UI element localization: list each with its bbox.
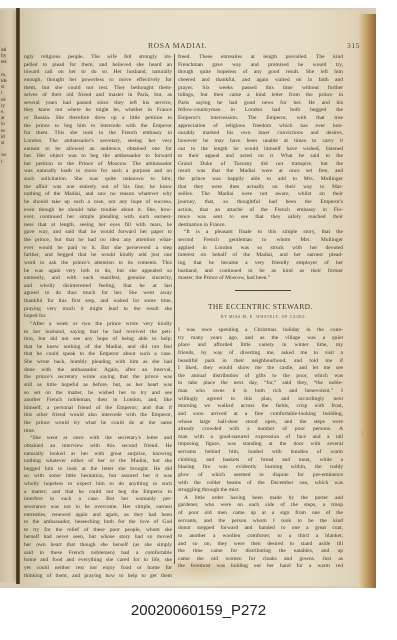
- text-line: “It is a pleasant finale to this simple …: [178, 229, 343, 237]
- text-line: and so on; they were then desired to sta…: [178, 541, 343, 549]
- text-line: gardener, who were on each side of the s…: [178, 502, 343, 510]
- text-line: them, but she could not rest. They betho…: [24, 85, 172, 93]
- text-line: wholly hopeless to expect him to do anyt…: [24, 481, 172, 489]
- text-line: She wrote back, humbly pleading with him…: [24, 359, 172, 367]
- image-caption: 20020060159_P272: [0, 602, 397, 619]
- text-line: enough, thought her powerless to move ef…: [24, 77, 172, 85]
- text-line: even though he should take trouble about…: [24, 207, 172, 215]
- text-line: to take place the next day, “for,” said …: [178, 380, 343, 388]
- text-line: that he could speak to the Emperor about…: [24, 351, 172, 359]
- text-line: journey, that, so thoughtful had been th…: [178, 199, 343, 207]
- text-line: interest on behalf of the Madiai, and he…: [178, 252, 343, 260]
- text-line: rence was sent to see that they safely r…: [178, 214, 343, 222]
- text-line: selves of their old friend and master in…: [24, 92, 172, 100]
- text-line: “After a week or two the prince wrote ve…: [24, 321, 172, 329]
- text-line: “She went at once with the secretary's l…: [24, 435, 172, 443]
- text-line: to her husband, saying that he had recei…: [24, 329, 172, 337]
- text-line: the prince's secretary wrote saying that…: [24, 374, 172, 382]
- text-line: though quite hopeless of any good result…: [178, 69, 343, 77]
- text-line: I was once spending a Christmas holiday …: [178, 327, 343, 335]
- page-edges: [358, 14, 376, 588]
- text-line: agreed to do thus much for her. She went…: [24, 290, 172, 298]
- text-line: master, the Prince of Moscow, had been.”: [178, 275, 343, 283]
- text-line: her. Her object was to beg the ambassado…: [24, 153, 172, 161]
- text-line: obtained an interview with this second f…: [24, 443, 172, 451]
- text-line: thankful for this first step, and waited…: [24, 298, 172, 306]
- text-line: that he knew nothing of the Madiai, and …: [24, 344, 172, 352]
- text-line: nothing whatever either of her or the Ma…: [24, 458, 172, 466]
- text-line: tidings, but then came a kind letter fro…: [178, 92, 343, 100]
- text-line: yet could neither rest nor enjoy food or…: [24, 565, 172, 573]
- text-line: earnest to be allowed an audience, obtai…: [24, 146, 172, 154]
- text-line: glow of which seemed to dispute for pre-…: [178, 472, 343, 480]
- text-line: beautiful park in their neighbourhood, a…: [178, 358, 343, 366]
- text-line: place and afforded little variety in win…: [178, 342, 343, 350]
- running-head: ROSA MADIAI. 315: [20, 41, 360, 53]
- text-line: fellow-countryman in London had both beg…: [178, 107, 343, 115]
- text-line: seilles. The Madiai were not aware, whil…: [178, 191, 343, 199]
- text-line: several years had passed since they left…: [24, 100, 172, 108]
- text-line: gave way, and said that he would forward…: [24, 229, 172, 237]
- text-line: ngly religious people. The wife felt str…: [24, 54, 172, 62]
- text-line: severance was not to be overcome. Her si…: [24, 504, 172, 512]
- text-line: blazing fire was evidently burning withi…: [178, 464, 343, 472]
- text-line: imposing figure, was standing at the doo…: [178, 441, 343, 449]
- text-line: thinking of them, and praying how to hel…: [24, 573, 172, 581]
- text-line: the prince was happily able to add to Mr…: [178, 176, 343, 184]
- text-line: ever, continued her simple pleading with…: [24, 214, 172, 222]
- text-line: or Russia. She therefore drew up a littl…: [24, 115, 172, 123]
- text-line: man who owns it is both rich and benevol…: [178, 388, 343, 396]
- text-line: cheered and thankful, and again waited o…: [178, 77, 343, 85]
- text-line: he was again very loth to do, but she ap…: [24, 268, 172, 276]
- text-line: herself had never seen, but whose story …: [24, 534, 172, 542]
- text-line: appreciation of religious freedom which …: [178, 123, 343, 131]
- text-line: this other friend would also intercede w…: [24, 412, 172, 420]
- text-line: entreaties, renewed again and again, as …: [24, 512, 172, 520]
- text-line: he should take up such a case, nor any h…: [24, 199, 172, 207]
- text-line: nothing of the Madiai, and saw no reason…: [24, 191, 172, 199]
- text-line: her own heart that though she herself (a…: [24, 542, 172, 550]
- right-column-top: freed. These entreaties at length prevai…: [178, 54, 343, 283]
- text-line: ourably marked his own inner convictions…: [178, 130, 343, 138]
- text-line: the prince would try what he could do at…: [24, 420, 172, 428]
- text-line: to another a woollen comforter, to a thi…: [178, 533, 343, 541]
- text-line: however he may have been unable at times…: [178, 138, 343, 146]
- text-line: for them. This she took to the French em…: [24, 130, 172, 138]
- text-line: whose large hall-door stood open, and th…: [178, 419, 343, 427]
- column-rule: [174, 54, 175, 564]
- text-line: the prince, but that he had no idea any …: [24, 237, 172, 245]
- article-title: THE ECCENTRIC STEWARD.: [208, 302, 313, 311]
- text-line: freed. These entreaties at length prevai…: [178, 54, 343, 62]
- text-line: farther, and begged that he would kindly…: [24, 252, 172, 260]
- text-line: so with some little hesitation, but assu…: [24, 473, 172, 481]
- text-line: out to the length he would himself have …: [178, 146, 343, 154]
- text-line: another French nobleman, then in London,…: [24, 397, 172, 405]
- text-line: prayer. Six weeks passed this time witho…: [178, 85, 343, 93]
- text-line: hoped for.: [24, 313, 172, 321]
- text-line: action, that an attaché of the French em…: [178, 207, 343, 215]
- text-line: pelled to plead for them, and believed s…: [24, 62, 172, 70]
- text-line: that they were then actually on their wa…: [178, 184, 343, 192]
- text-line: ing, that he became a very friendly empl…: [178, 260, 343, 268]
- text-line: tion, but did not see any hope of being …: [24, 336, 172, 344]
- text-line: servants behind him, loaded with bundles…: [178, 449, 343, 457]
- text-line: begged him to look at the letter she bro…: [24, 466, 172, 474]
- foxing-spot: [361, 430, 366, 436]
- text-line: the time came for distributing the eatab…: [178, 548, 343, 556]
- left-column: ngly religious people. The wife felt str…: [24, 54, 172, 580]
- text-line: such solicitation. She was quite unknown…: [24, 176, 172, 184]
- text-line: inward call on her to do so. Her husband…: [24, 69, 172, 77]
- text-line: still as little hopeful as before, but, …: [24, 382, 172, 390]
- text-line: naturally looked at her with great surpr…: [24, 451, 172, 459]
- article-body: I was once spending a Christmas holiday …: [178, 327, 343, 571]
- text-line: morning we walked across the fields, cri…: [178, 403, 343, 411]
- book-gutter: [16, 8, 20, 584]
- text-line: was naturally loath to move for such a p…: [24, 168, 172, 176]
- text-line: London. The ambassador's secretary, seei…: [24, 138, 172, 146]
- text-line: I liked, they would show me the castle, …: [178, 365, 343, 373]
- text-line: the foremost was holding out her hand fo…: [178, 563, 343, 571]
- text-line: of poor old men came up at a sign from o…: [178, 510, 343, 518]
- text-line: with the colder beams of the December su…: [178, 480, 343, 488]
- text-line: struggling through the mist.: [178, 487, 343, 495]
- text-line: so set on the matter, he wished her to t…: [24, 390, 172, 398]
- running-head-title: ROSA MADIAI.: [148, 41, 207, 50]
- text-line: husband, and continued to be as kind as …: [178, 268, 343, 276]
- text-line: friends, by way of diverting me, asked m…: [178, 350, 343, 358]
- text-line: to their appeal and acted on it. What he…: [178, 153, 343, 161]
- page-number: 315: [347, 41, 360, 50]
- text-line: home and food and everything she cared f…: [24, 557, 172, 565]
- text-line: and soon arrived at a fine comfortable-l…: [178, 411, 343, 419]
- text-line: donor stepped forward and handed to one …: [178, 525, 343, 533]
- text-line: already crowded with a number of poor pe…: [178, 426, 343, 434]
- text-line: second French gentleman to whom Mrs. Mul…: [178, 237, 343, 245]
- text-line: word to ask the prince's attention to it…: [24, 260, 172, 268]
- text-line: to the ambassador, beseeching both for t…: [24, 519, 172, 527]
- text-line: interfere in such a case. But her womanl…: [24, 496, 172, 504]
- text-line: done with the ambassador. Again, after a…: [24, 367, 172, 375]
- text-line: earnestly, and with such manifest, genui…: [24, 275, 172, 283]
- text-line: result was that the Madiai were at once …: [178, 168, 343, 176]
- text-line: they knew not where he might be, whether…: [24, 107, 172, 115]
- article-byline: BY MISS M. E. WHATELY, OF CAIRO.: [221, 315, 307, 319]
- text-line: Emperor's intercession. The Emperor, wit…: [178, 115, 343, 123]
- article-separator: [235, 290, 291, 291]
